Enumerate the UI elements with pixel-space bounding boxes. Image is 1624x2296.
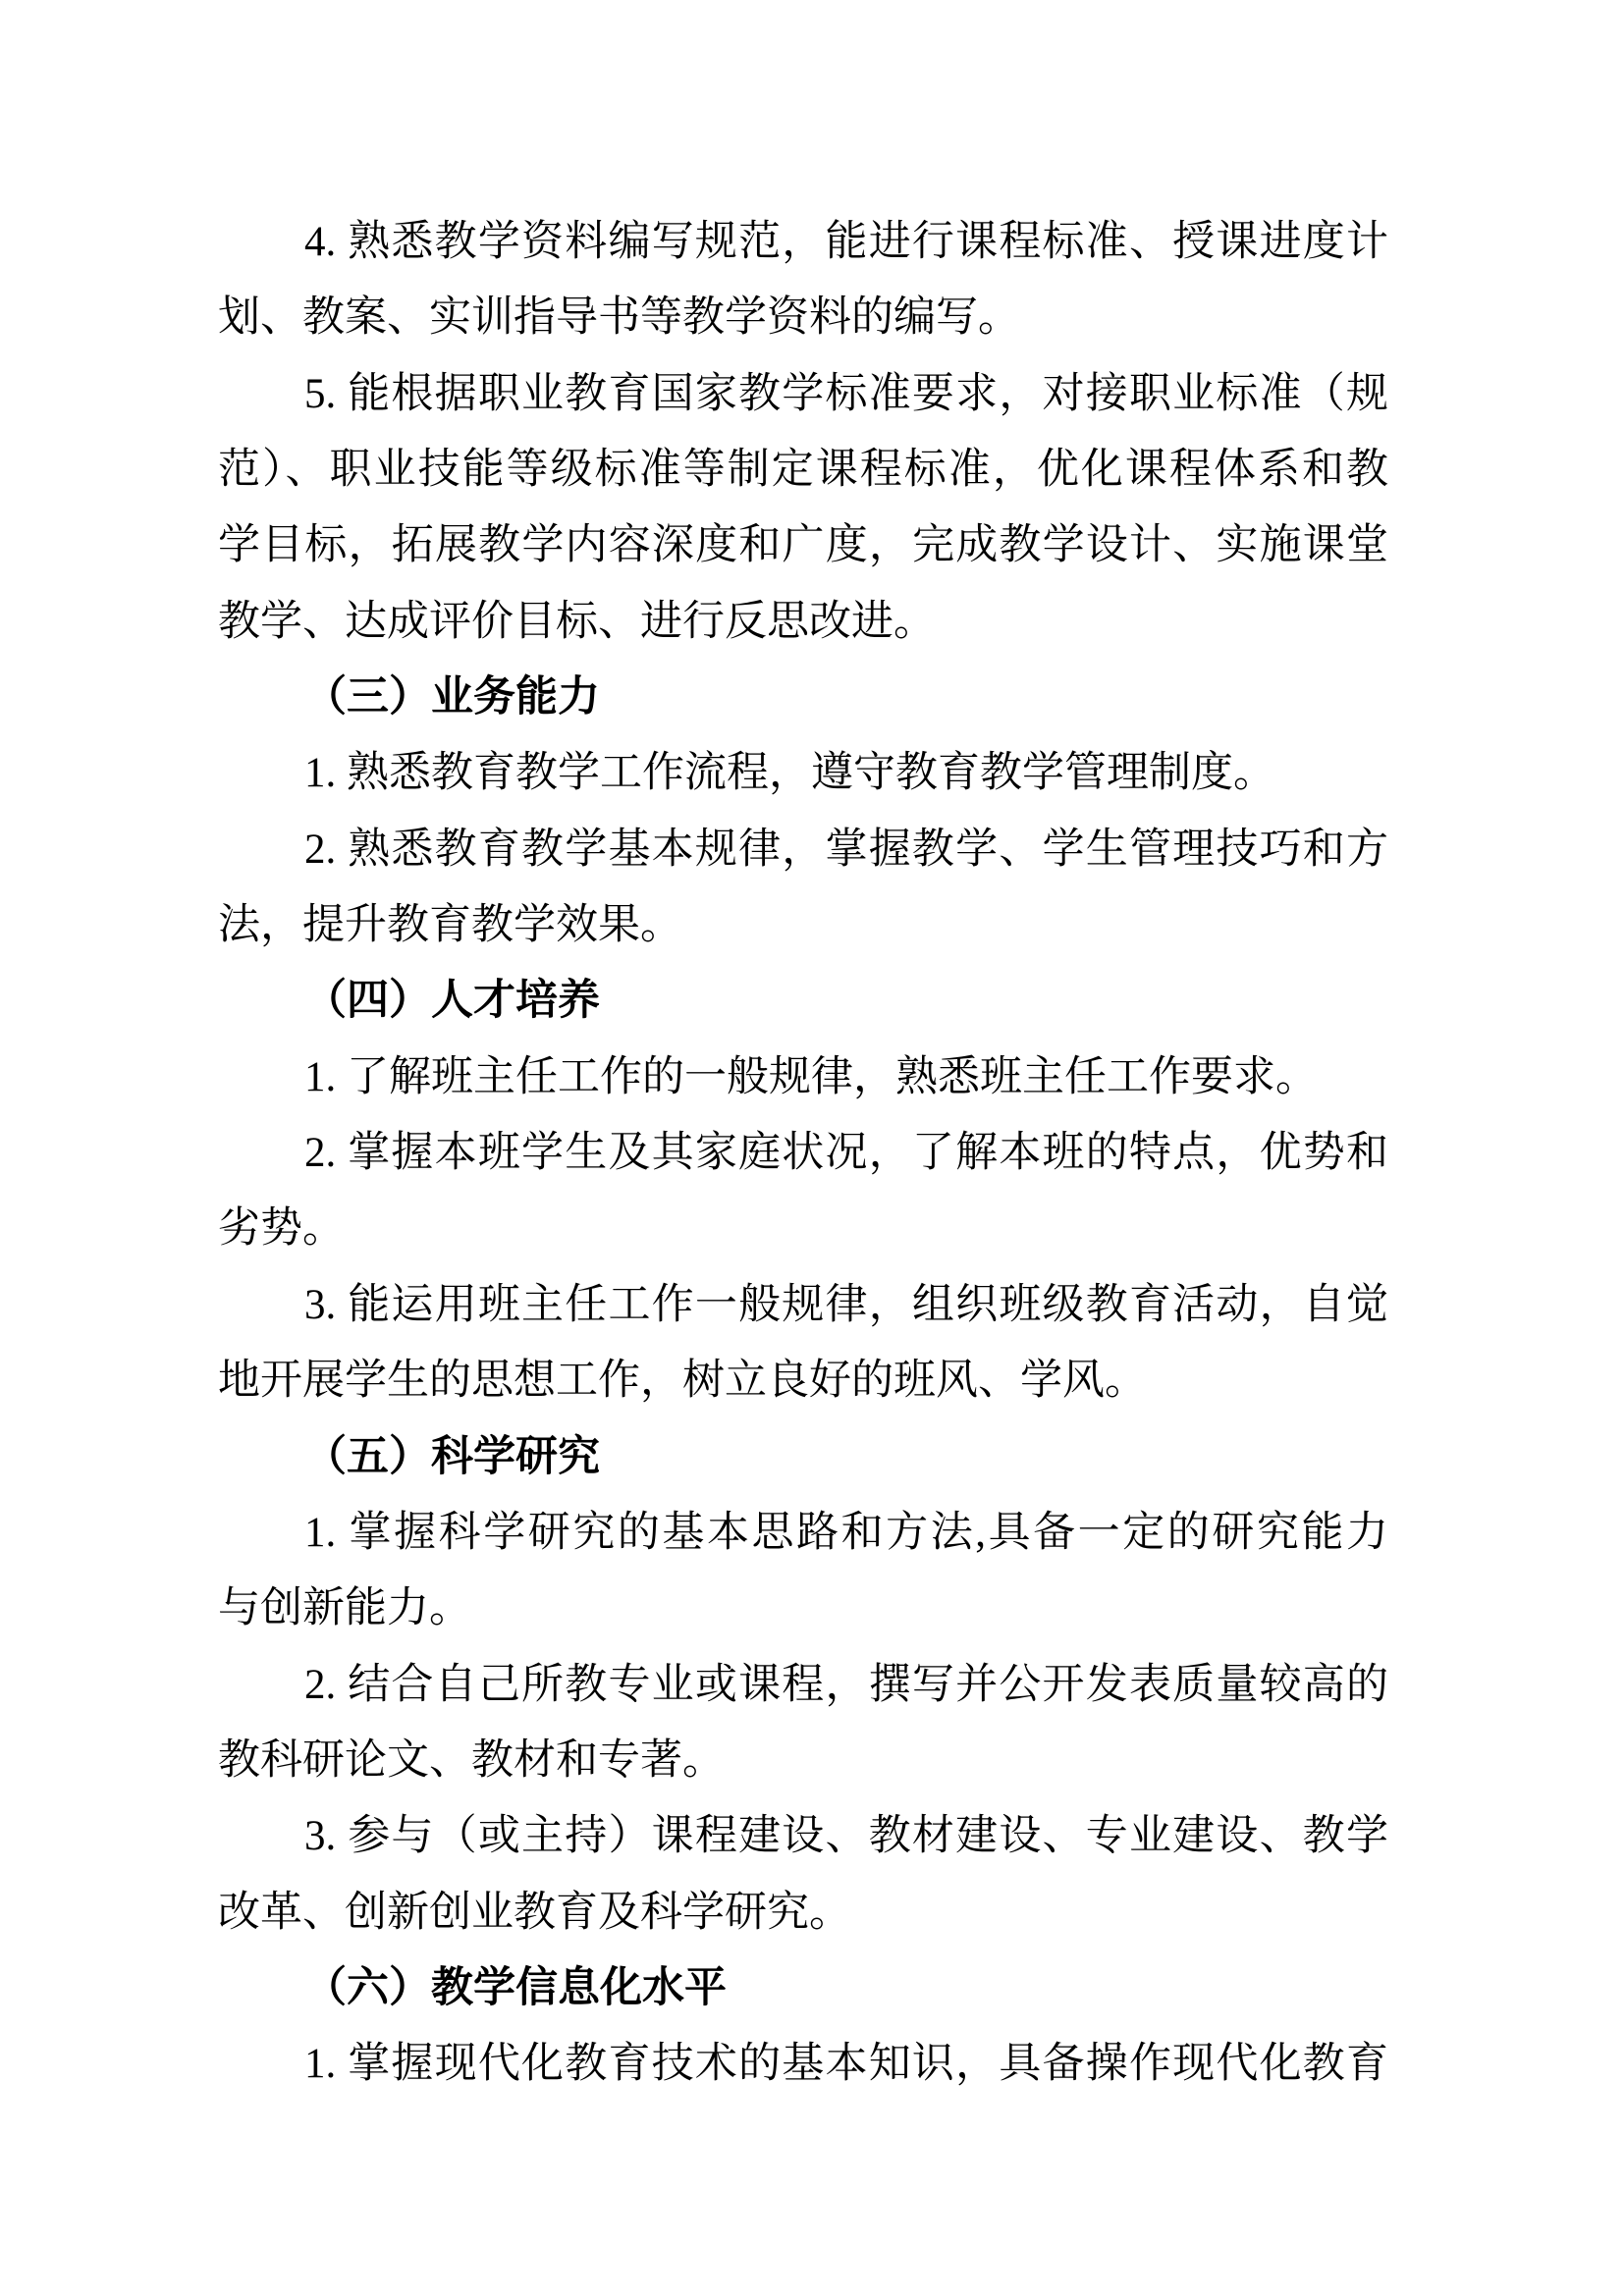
- text-line: 5. 能根据职业教育国家教学标准要求，对接职业标准（规: [218, 356, 1388, 432]
- text-line: 2. 掌握本班学生及其家庭状况，了解本班的特点，优势和: [218, 1115, 1388, 1191]
- document-body: 4. 熟悉教学资料编写规范，能进行课程标准、授课进度计划、教案、实训指导书等教学…: [218, 204, 1388, 2103]
- text-line: 1. 熟悉教育教学工作流程，遵守教育教学管理制度。: [218, 735, 1388, 811]
- text-line: 1. 掌握现代化教育技术的基本知识，具备操作现代化教育: [218, 2026, 1388, 2102]
- text-line: 法，提升教育教学效果。: [218, 887, 1388, 963]
- text-line: 1. 了解班主任工作的一般规律，熟悉班主任工作要求。: [218, 1040, 1388, 1115]
- text-line: 1. 掌握科学研究的基本思路和方法,具备一定的研究能力: [218, 1495, 1388, 1571]
- text-line: 与创新能力。: [218, 1571, 1388, 1646]
- text-line: 范）、职业技能等级标准等制定课程标准，优化课程体系和教: [218, 432, 1388, 507]
- text-line: 2. 结合自己所教专业或课程，撰写并公开发表质量较高的: [218, 1647, 1388, 1723]
- text-line: 地开展学生的思想工作，树立良好的班风、学风。: [218, 1343, 1388, 1418]
- text-line: 劣势。: [218, 1191, 1388, 1266]
- text-line: 3. 参与（或主持）课程建设、教材建设、专业建设、教学: [218, 1798, 1388, 1874]
- text-line: 2. 熟悉教育教学基本规律，掌握教学、学生管理技巧和方: [218, 812, 1388, 887]
- text-line: 教学、达成评价目标、进行反思改进。: [218, 584, 1388, 660]
- text-line: 划、教案、实训指导书等教学资料的编写。: [218, 280, 1388, 355]
- section-heading: （五）科学研究: [218, 1419, 1388, 1495]
- text-line: 4. 熟悉教学资料编写规范，能进行课程标准、授课进度计: [218, 204, 1388, 280]
- section-heading: （六）教学信息化水平: [218, 1950, 1388, 2026]
- section-heading: （四）人才培养: [218, 963, 1388, 1039]
- text-line: 3. 能运用班主任工作一般规律，组织班级教育活动，自觉: [218, 1267, 1388, 1343]
- document-page: 4. 熟悉教学资料编写规范，能进行课程标准、授课进度计划、教案、实训指导书等教学…: [0, 0, 1624, 2296]
- text-line: 学目标，拓展教学内容深度和广度，完成教学设计、实施课堂: [218, 507, 1388, 583]
- section-heading: （三）业务能力: [218, 660, 1388, 735]
- text-line: 教科研论文、教材和专著。: [218, 1723, 1388, 1798]
- text-line: 改革、创新创业教育及科学研究。: [218, 1875, 1388, 1950]
